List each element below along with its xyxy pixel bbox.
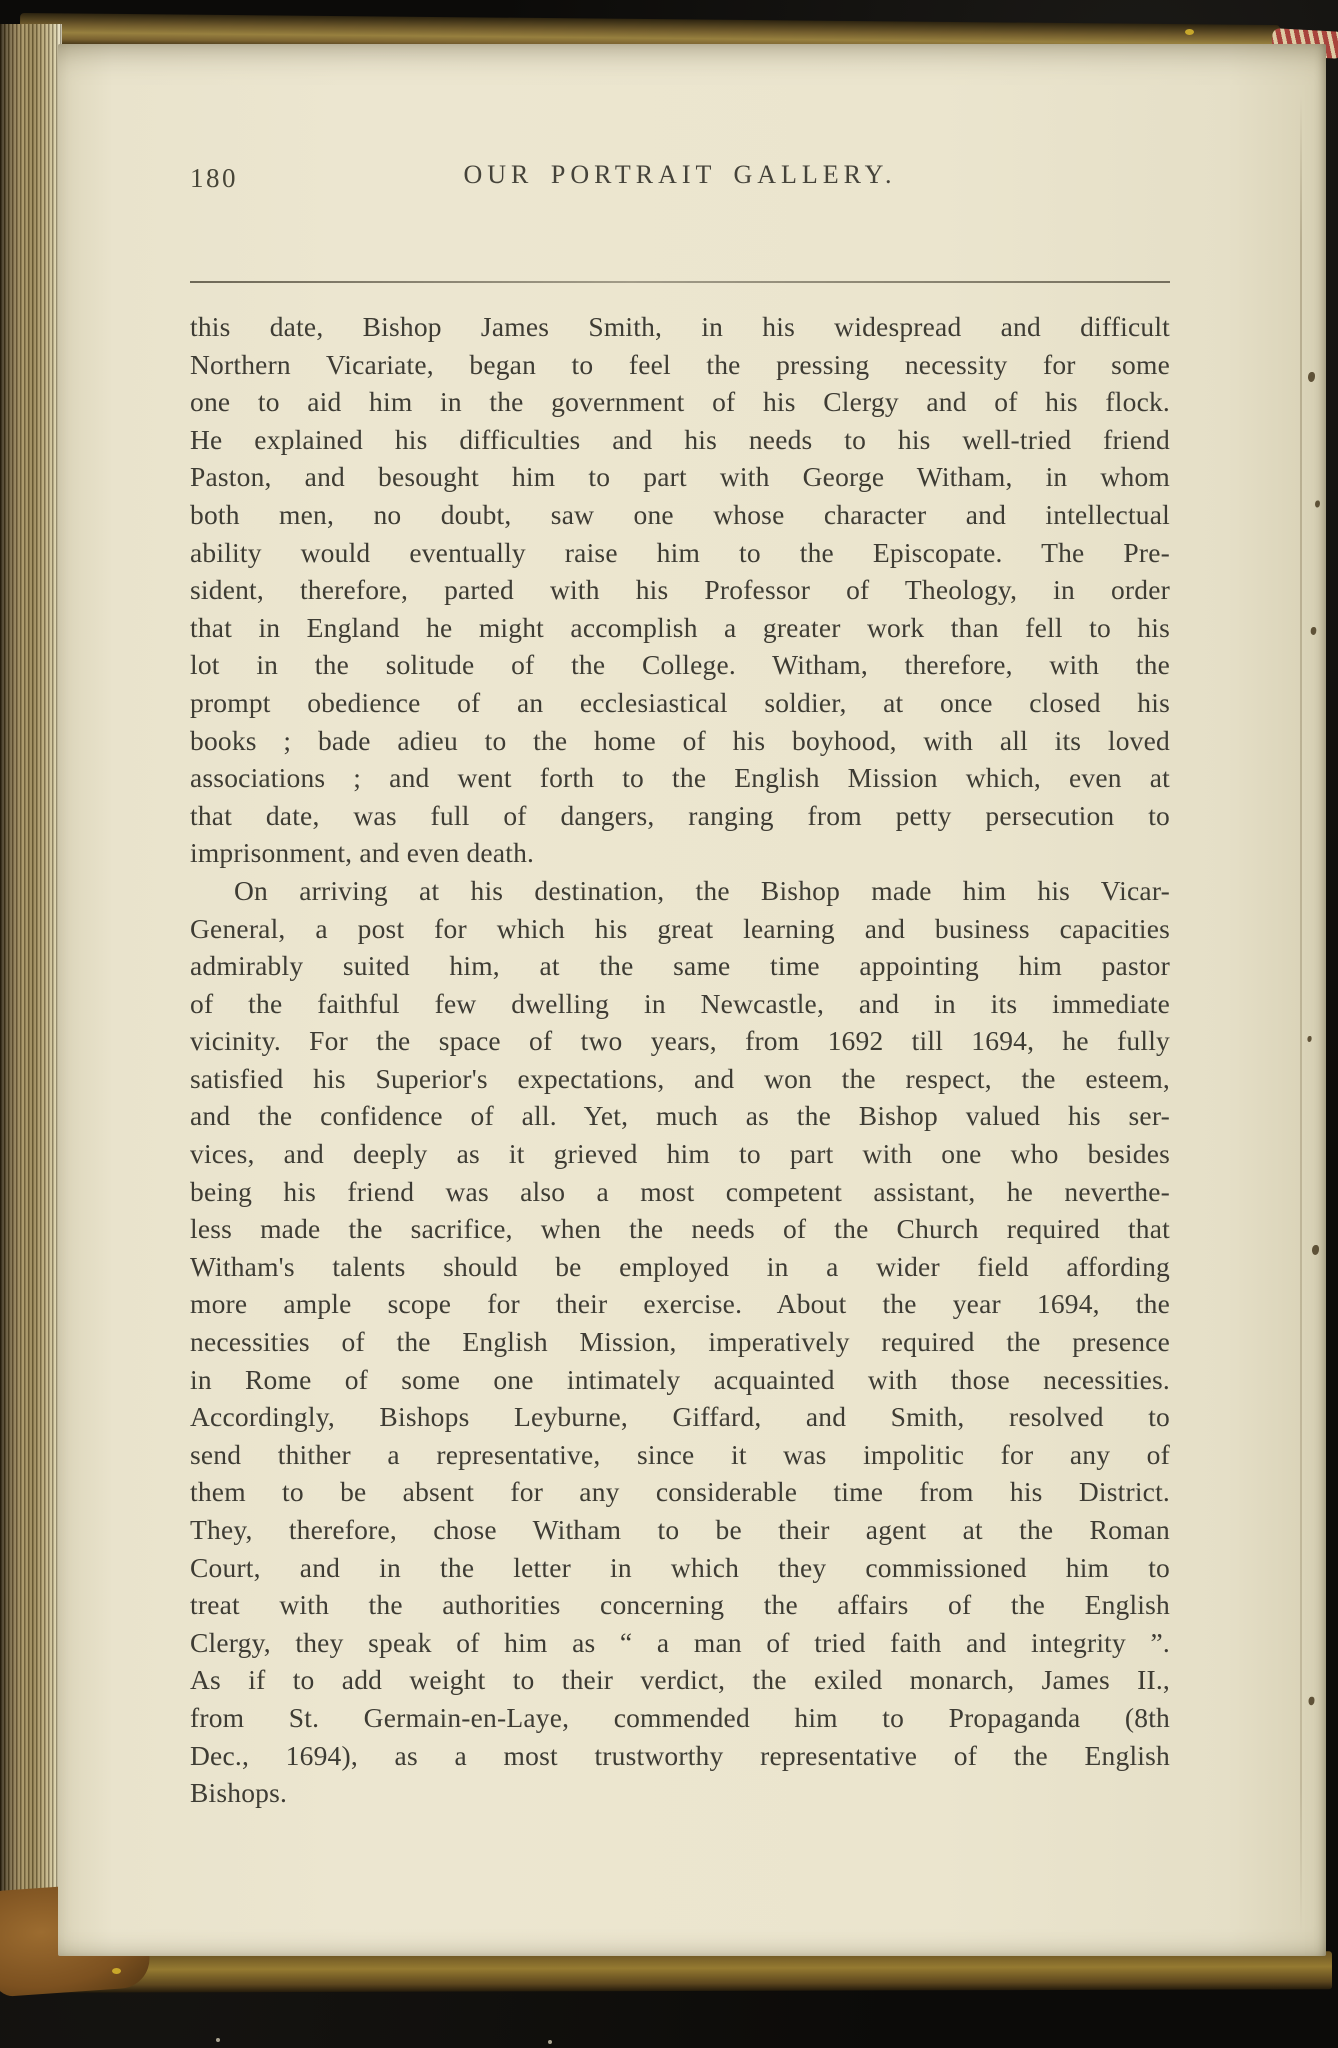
text-line: this date, Bishop James Smith, in his wi… (190, 308, 1170, 346)
paint-fleck (1185, 29, 1194, 35)
dust-dot (548, 2040, 552, 2044)
text-line: from St. Germain-en-Laye, commended him … (190, 1699, 1170, 1737)
ink-speck (1309, 1697, 1315, 1706)
header-rule (190, 281, 1170, 283)
text-line: in Rome of some one intimately acquainte… (190, 1361, 1170, 1399)
text-line: Paston, and besought him to part with Ge… (190, 458, 1170, 496)
text-line: He explained his difficulties and his ne… (190, 421, 1170, 459)
text-line: Accordingly, Bishops Leyburne, Giffard, … (190, 1398, 1170, 1436)
running-header: 180 OUR PORTRAIT GALLERY. (190, 160, 1170, 196)
text-line: Bishops. (190, 1774, 1170, 1812)
text-line: satisfied his Superior's expectations, a… (190, 1060, 1170, 1098)
text-line: that in England he might accomplish a gr… (190, 609, 1170, 647)
text-line: prompt obedience of an ecclesiastical so… (190, 684, 1170, 722)
text-line: of the faithful few dwelling in Newcastl… (190, 985, 1170, 1023)
dust-dot (216, 2038, 220, 2042)
text-line: On arriving at his destination, the Bish… (190, 872, 1170, 910)
ink-speck (1311, 627, 1317, 635)
page-crease (1300, 96, 1302, 1934)
text-line: more ample scope for their exercise. Abo… (190, 1285, 1170, 1323)
ink-speck (1312, 1245, 1319, 1255)
running-header-title: OUR PORTRAIT GALLERY. (190, 160, 1170, 190)
scan-background: 180 OUR PORTRAIT GALLERY. this date, Bis… (0, 0, 1338, 2048)
text-line: being his friend was also a most compete… (190, 1173, 1170, 1211)
text-line: Northern Vicariate, began to feel the pr… (190, 346, 1170, 384)
ink-speck (1308, 372, 1315, 382)
text-line: admirably suited him, at the same time a… (190, 947, 1170, 985)
text-line: associations ; and went forth to the Eng… (190, 759, 1170, 797)
text-line: sident, therefore, parted with his Profe… (190, 571, 1170, 609)
text-line: necessities of the English Mission, impe… (190, 1323, 1170, 1361)
ink-speck (1307, 1036, 1311, 1042)
text-line: Witham's talents should be employed in a… (190, 1248, 1170, 1286)
text-line: and the confidence of all. Yet, much as … (190, 1097, 1170, 1135)
text-line: both men, no doubt, saw one whose charac… (190, 496, 1170, 534)
text-line: They, therefore, chose Witham to be thei… (190, 1511, 1170, 1549)
text-line: Clergy, they speak of him as “ a man of … (190, 1624, 1170, 1662)
ink-speck (1315, 501, 1320, 508)
text-line: General, a post for which his great lear… (190, 910, 1170, 948)
text-line: treat with the authorities concerning th… (190, 1586, 1170, 1624)
text-line: one to aid him in the government of his … (190, 383, 1170, 421)
body-text: this date, Bishop James Smith, in his wi… (190, 308, 1170, 1812)
text-line: lot in the solitude of the College. With… (190, 646, 1170, 684)
book-cover-bottom-edge (16, 1951, 1332, 1992)
text-line: vices, and deeply as it grieved him to p… (190, 1135, 1170, 1173)
text-line: Dec., 1694), as a most trustworthy repre… (190, 1737, 1170, 1775)
text-line: ability would eventually raise him to th… (190, 534, 1170, 572)
text-line: imprisonment, and even death. (190, 834, 1170, 872)
paint-fleck (112, 1968, 121, 1974)
text-line: them to be absent for any considerable t… (190, 1473, 1170, 1511)
text-line: send thither a representative, since it … (190, 1436, 1170, 1474)
text-line: vicinity. For the space of two years, fr… (190, 1022, 1170, 1060)
book-page: 180 OUR PORTRAIT GALLERY. this date, Bis… (58, 44, 1326, 1956)
text-line: that date, was full of dangers, ranging … (190, 797, 1170, 835)
text-line: Court, and in the letter in which they c… (190, 1549, 1170, 1587)
text-line: less made the sacrifice, when the needs … (190, 1210, 1170, 1248)
text-line: As if to add weight to their verdict, th… (190, 1661, 1170, 1699)
page-stack-edges (0, 24, 62, 1982)
text-line: books ; bade adieu to the home of his bo… (190, 722, 1170, 760)
